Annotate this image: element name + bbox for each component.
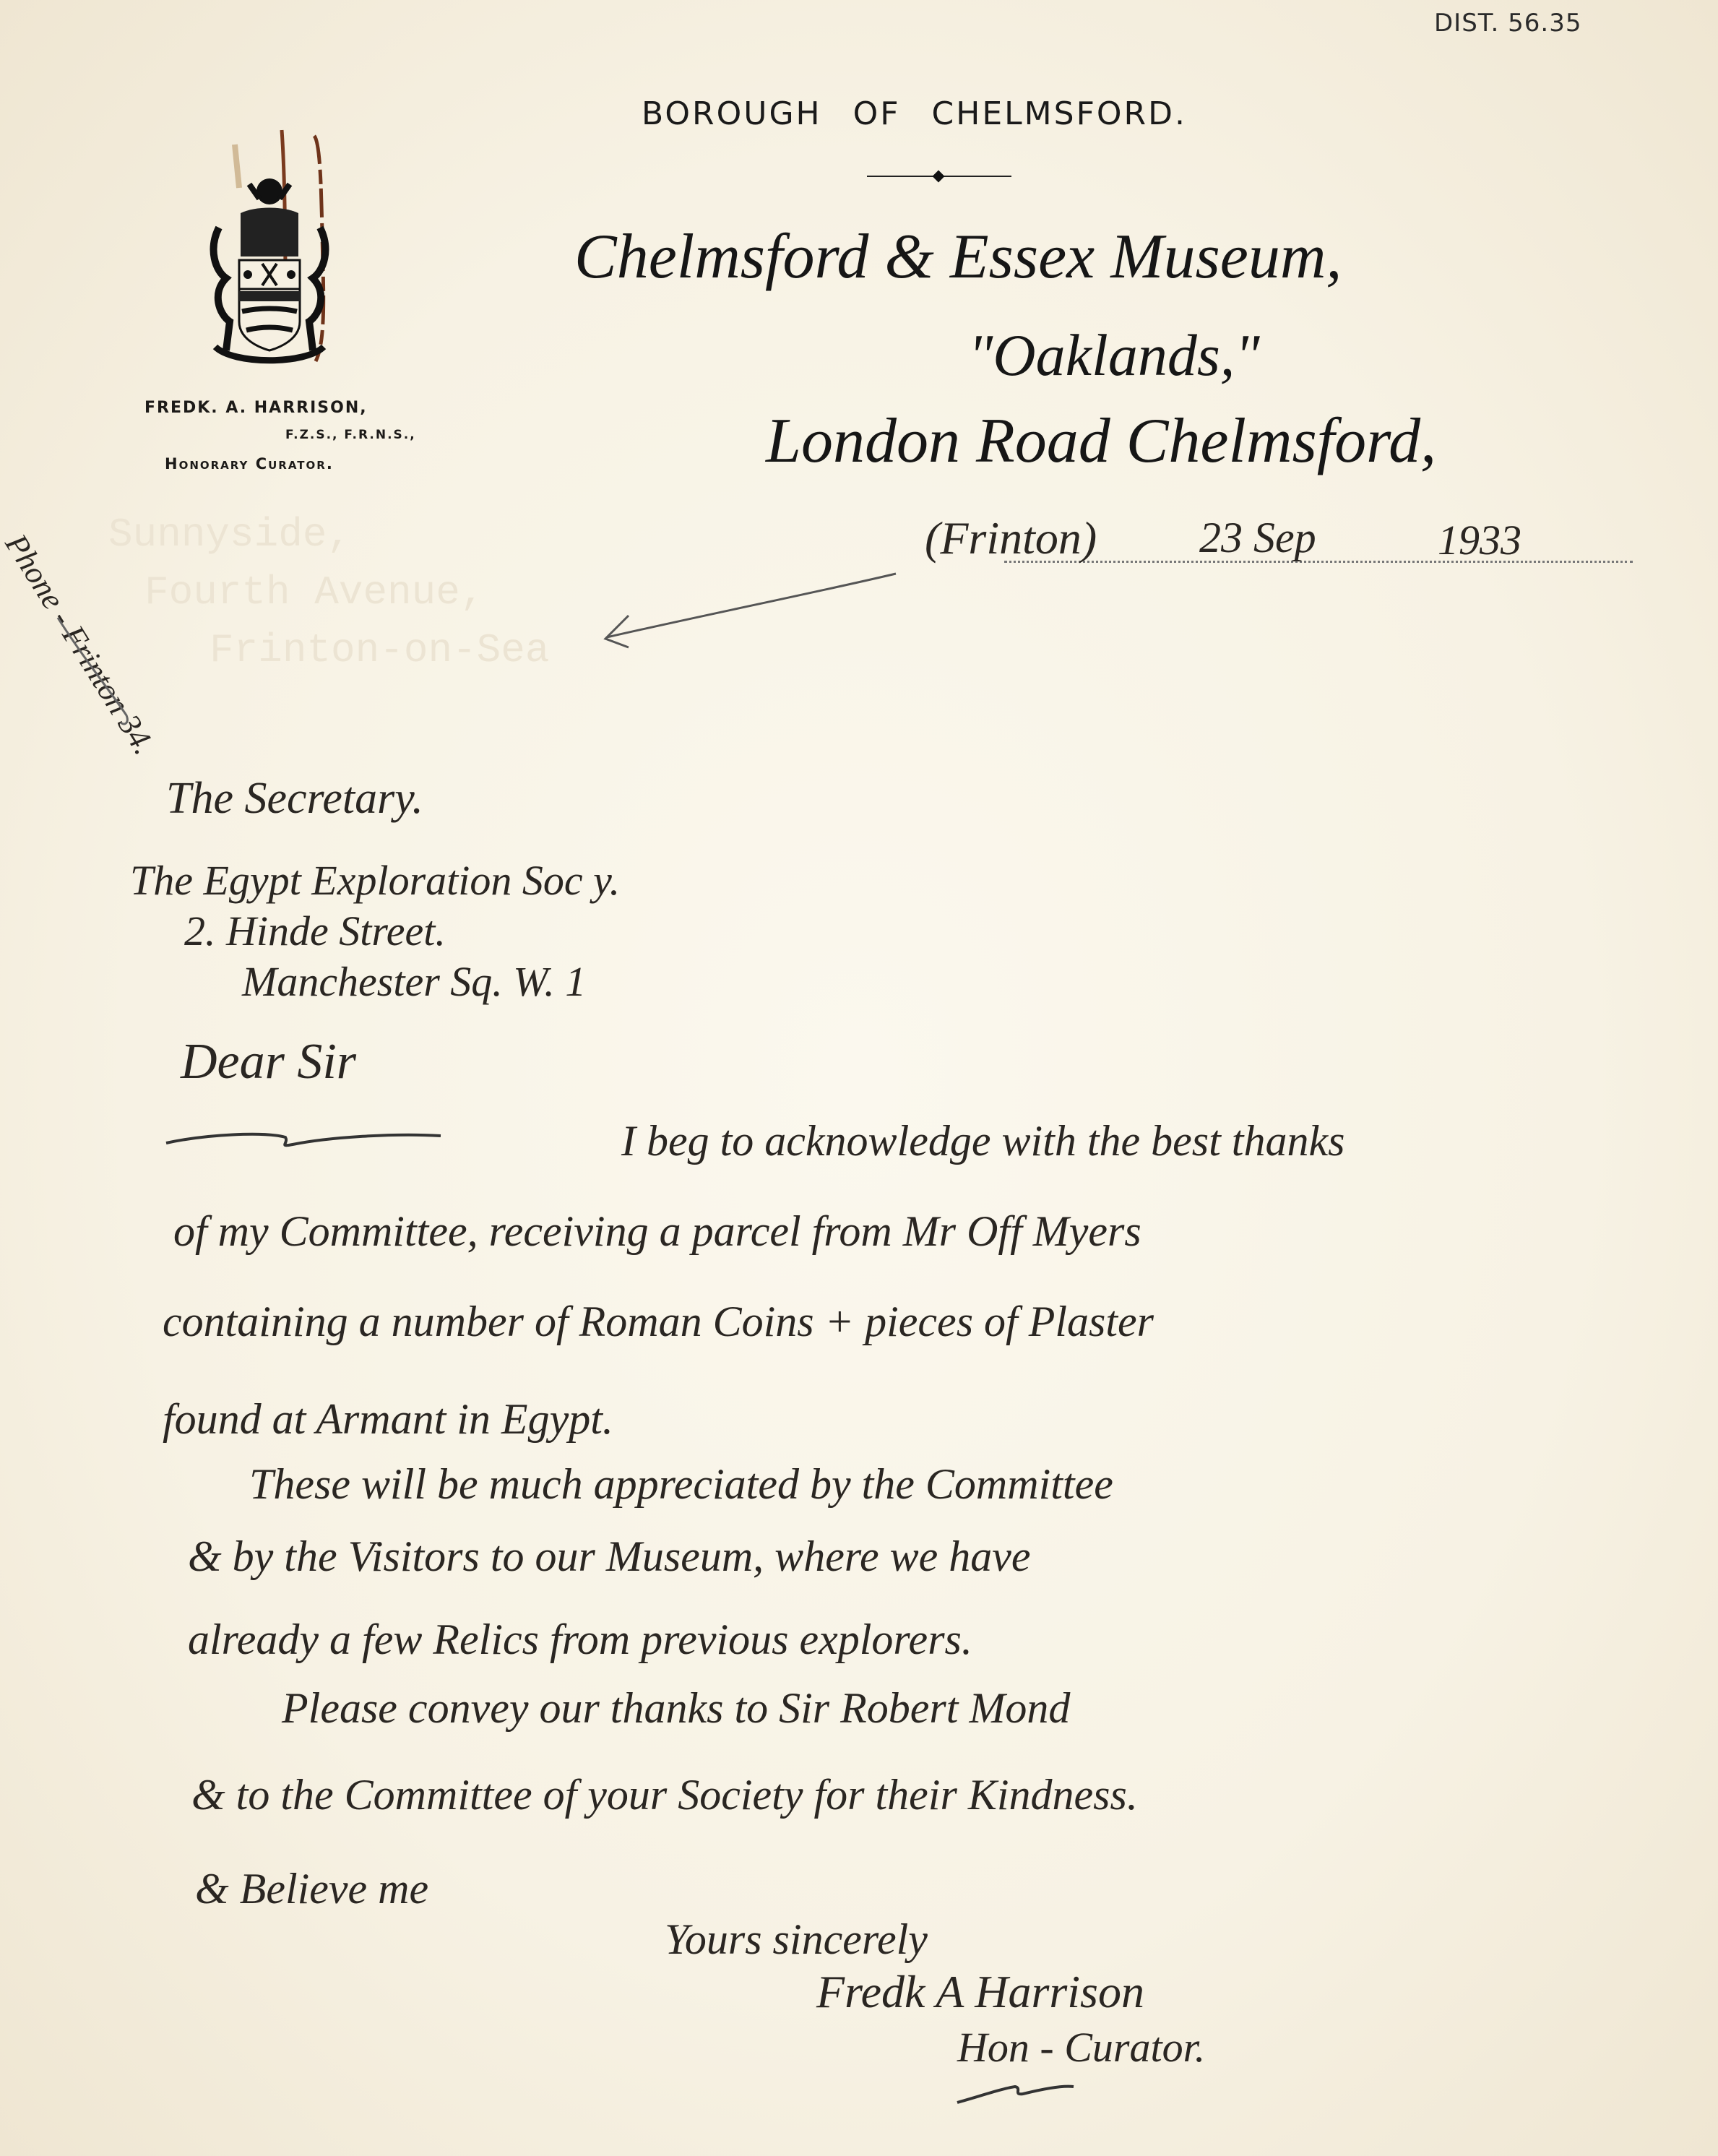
letterhead-institution: Chelmsford & Essex Museum, [574,220,1342,293]
recipient-line: Manchester Sq. W. 1 [242,957,586,1006]
arrow-left-icon [600,571,903,657]
struck-address-line: Fourth Avenue, [144,564,549,621]
struck-address-line: Sunnyside, [108,506,549,564]
borough-coat-of-arms-icon [204,170,334,372]
struck-address: Sunnyside, Fourth Avenue, Frinton-on-Sea [108,506,549,679]
letterhead-borough: BOROUGH OF CHELMSFORD. [642,95,1187,132]
body-line: found at Armant in Egypt. [163,1394,613,1444]
body-line: I beg to acknowledge with the best thank… [621,1116,1344,1166]
date-day-month: 23 Sep [1199,513,1316,563]
recipient-line: The Secretary. [166,773,423,824]
salutation: Dear Sir [181,1033,356,1091]
body-line: already a few Relics from previous explo… [188,1615,972,1665]
body-line: containing a number of Roman Coins + pie… [163,1297,1154,1347]
body-line: Please convey our thanks to Sir Robert M… [282,1683,1070,1733]
closing-valediction: Yours sincerely [665,1915,928,1965]
signatory-title: Hon - Curator. [957,2023,1205,2071]
curator-qualifications: F.Z.S., F.R.N.S., [285,428,416,442]
date-dotted-rule [1004,561,1633,563]
body-line: These will be much appreciated by the Co… [249,1459,1113,1509]
letterhead-address: London Road Chelmsford, [766,405,1436,478]
curator-title: Honorary Curator. [165,455,334,473]
body-line: & to the Committee of your Society for t… [191,1770,1138,1820]
signature-flourish-icon [954,2074,1076,2110]
letterhead-house-name: "Oaklands," [968,322,1260,389]
margin-underline-icon [54,614,134,730]
recipient-line: The Egypt Exploration Soc y. [130,856,620,905]
ornamental-rule-icon [867,172,1011,181]
flourish-icon [163,1127,444,1156]
archive-reference: DIST. 56.35 [1434,9,1581,38]
struck-address-line: Frinton-on-Sea [210,621,549,679]
date-place: (Frinton) [925,512,1097,565]
recipient-line: 2. Hinde Street. [184,907,446,955]
curator-name: FREDK. A. HARRISON, [144,399,368,417]
body-line: & by the Visitors to our Museum, where w… [188,1532,1030,1582]
closing-believe: & Believe me [195,1864,428,1914]
date-year: 1933 [1438,516,1521,564]
body-line: of my Committee, receiving a parcel from… [173,1207,1141,1256]
date-line: (Frinton) 23 Sep 1933 [925,506,1575,578]
signature: Fredk A Harrison [816,1965,1144,2019]
